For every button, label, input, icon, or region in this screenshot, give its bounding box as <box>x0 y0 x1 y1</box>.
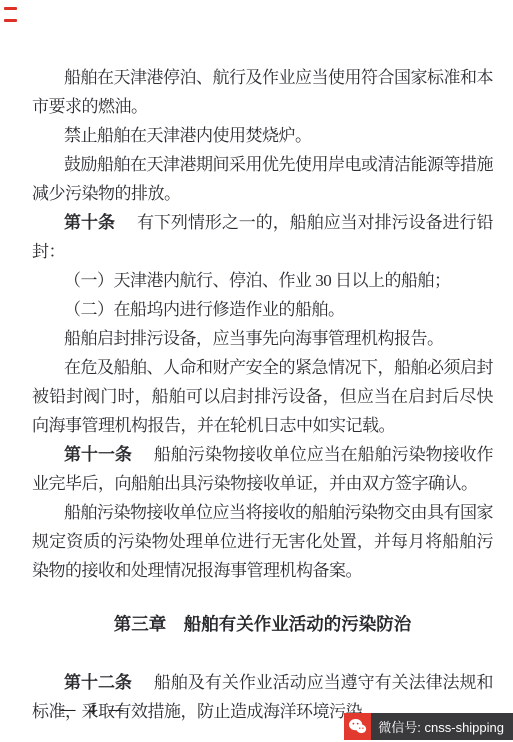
article-number: 第十一条 <box>64 445 132 464</box>
chapter-heading: 第三章 船舶有关作业活动的污染防治 <box>32 610 493 639</box>
red-corner-dash-icon <box>4 19 17 22</box>
watermark-band: 微信号: cnss-shipping <box>344 713 513 740</box>
document-page: 船舶在天津港停泊、航行及作业应当使用符合国家标准和本市要求的燃油。 禁止船舶在天… <box>0 0 513 742</box>
paragraph-text: 鼓励船舶在天津港期间采用优先使用岸电或清洁能源等措施减少污染物的排放。 <box>32 155 493 203</box>
paragraph: 船舶启封排污设备，应当事先向海事管理机构报告。 <box>32 324 493 353</box>
paragraph-text: （二）在船坞内进行修造作业的船舶。 <box>64 300 345 319</box>
page-number: — 4 — <box>50 702 134 719</box>
paragraph: 鼓励船舶在天津港期间采用优先使用岸电或清洁能源等措施减少污染物的排放。 <box>32 150 493 208</box>
paragraph: 第十条有下列情形之一的，船舶应当对排污设备进行铅封： <box>32 208 493 266</box>
paragraph-text: 禁止船舶在天津港内使用焚烧炉。 <box>64 126 312 145</box>
paragraph-text: 在危及船舶、人命和财产安全的紧急情况下，船舶必须启封被铅封阀门时，船舶可以启封排… <box>32 358 493 435</box>
paragraph: 第十一条船舶污染物接收单位应当在船舶污染物接收作业完毕后，向船舶出具污染物接收单… <box>32 440 493 498</box>
paragraph-text: 船舶启封排污设备，应当事先向海事管理机构报告。 <box>64 329 444 348</box>
watermark-text: 微信号: cnss-shipping <box>371 717 513 736</box>
paragraph-text: 船舶污染物接收单位应当将接收的船舶污染物交由具有国家规定资质的污染物处理单位进行… <box>32 503 493 580</box>
paragraph: 禁止船舶在天津港内使用焚烧炉。 <box>32 121 493 150</box>
document-body: 船舶在天津港停泊、航行及作业应当使用符合国家标准和本市要求的燃油。 禁止船舶在天… <box>32 63 493 726</box>
paragraph-text: 船舶在天津港停泊、航行及作业应当使用符合国家标准和本市要求的燃油。 <box>32 68 493 116</box>
paragraph: 船舶污染物接收单位应当将接收的船舶污染物交由具有国家规定资质的污染物处理单位进行… <box>32 498 493 585</box>
paragraph: （一）天津港内航行、停泊、作业 30 日以上的船舶； <box>32 266 493 295</box>
paragraph-text: （一）天津港内航行、停泊、作业 30 日以上的船舶； <box>64 271 451 290</box>
paragraph: （二）在船坞内进行修造作业的船舶。 <box>32 295 493 324</box>
wechat-icon <box>344 713 371 740</box>
article-number: 第十二条 <box>64 673 132 692</box>
article-number: 第十条 <box>64 213 115 232</box>
red-corner-dash-icon <box>4 7 17 10</box>
paragraph: 在危及船舶、人命和财产安全的紧急情况下，船舶必须启封被铅封阀门时，船舶可以启封排… <box>32 353 493 440</box>
paragraph: 船舶在天津港停泊、航行及作业应当使用符合国家标准和本市要求的燃油。 <box>32 63 493 121</box>
